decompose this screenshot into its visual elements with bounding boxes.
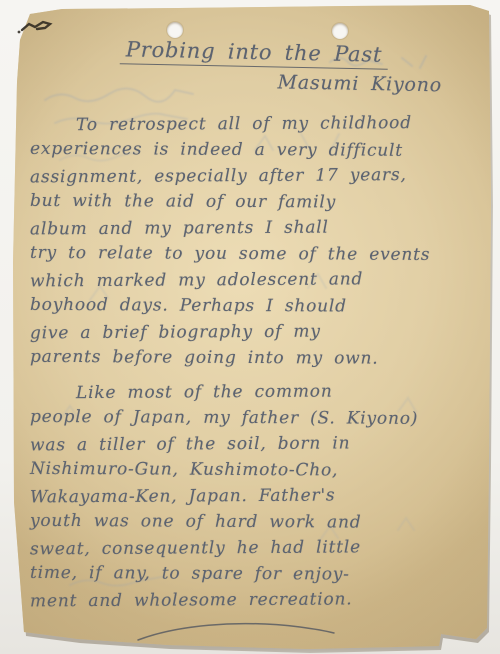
handwriting-line: give a brief biography of my (30, 318, 478, 347)
handwriting-line: album and my parents I shall (30, 214, 478, 243)
author-name: Masumi Kiyono (277, 71, 442, 96)
scanned-page: Probing into the Past Masumi Kiyono To r… (0, 0, 500, 654)
handwriting-line: sweat, consequently he had little (30, 534, 478, 563)
handwriting-line: Nishimuro-Gun, Kushimoto-Cho, (30, 456, 478, 484)
document-title: Probing into the Past (120, 37, 389, 70)
handwriting-body: Probing into the Past Masumi Kiyono To r… (30, 40, 478, 613)
paragraph-1: To retrospect all of my childhood experi… (30, 111, 478, 371)
handwriting-line: To retrospect all of my childhood (30, 110, 478, 139)
handwriting-line: time, if any, to spare for enjoy- (30, 560, 478, 588)
handwriting-line: assignment, especially after 17 years, (30, 162, 478, 191)
handwriting-line: parents before going into my own. (30, 344, 478, 372)
handwriting-line: try to relate to you some of the events (30, 240, 478, 268)
handwriting-line: Like most of the common (30, 378, 478, 407)
handwriting-line: which marked my adolescent and (30, 266, 478, 295)
title-row: Probing into the Past (30, 35, 478, 71)
paragraph-2: Like most of the common people of Japan,… (30, 379, 478, 613)
handwriting-line: but with the aid of our family (30, 188, 478, 216)
handwriting-line: ment and wholesome recreation. (30, 586, 478, 615)
author-row: Masumi Kiyono (30, 67, 478, 97)
punch-hole-right (332, 23, 348, 39)
handwriting-line: people of Japan, my father (S. Kiyono) (30, 404, 478, 432)
handwriting-line: was a tiller of the soil, born in (30, 430, 478, 459)
ink-dot (18, 31, 21, 34)
punch-hole-left (167, 22, 183, 38)
handwriting-line: youth was one of hard work and (30, 508, 478, 536)
handwriting-line: Wakayama-Ken, Japan. Father's (30, 482, 478, 511)
handwriting-line: experiences is indeed a very difficult (30, 136, 478, 164)
handwriting-line: boyhood days. Perhaps I should (30, 292, 478, 320)
